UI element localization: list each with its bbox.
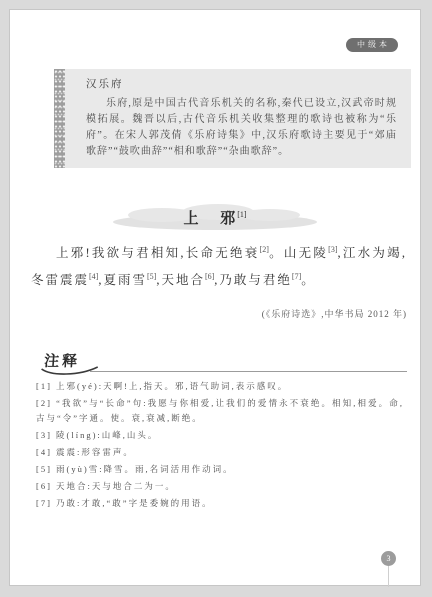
poem-title-block: 上 邪[1] [10,199,420,239]
intro-paragraph: 乐府,原是中国古代音乐机关的名称,秦代已设立,汉武帝时规模拓展。魏晋以后,古代音… [86,96,397,160]
ornament-strip [54,69,65,168]
intro-content: 汉乐府 乐府,原是中国古代音乐机关的名称,秦代已设立,汉武帝时规模拓展。魏晋以后… [65,69,411,168]
title-note-ref: [1] [237,210,246,219]
intro-heading: 汉乐府 [86,76,397,91]
poem-title: 上 邪[1] [183,207,246,228]
page-number-line [388,566,389,587]
level-badge: 中级本 [346,38,398,52]
intro-box: 汉乐府 乐府,原是中国古代音乐机关的名称,秦代已设立,汉武帝时规模拓展。魏晋以后… [54,69,411,168]
page-number-badge: 3 [381,551,396,566]
note-item: [2] “我欲”与“长命”句:我愿与你相爱,让我们的爱情永不衰绝。相知,相爱。命… [36,396,404,426]
notes-title: 注释 [39,350,91,376]
note-item: [5] 雨(yù)雪:降雪。雨,名词活用作动词。 [36,462,404,477]
note-item: [1] 上邪(yé):天啊!上,指天。邪,语气助词,表示感叹。 [36,379,404,394]
note-item: [4] 震震:形容雷声。 [36,445,404,460]
swoosh-ornament-icon [39,366,100,376]
poem-body: 上邪!我欲与君相知,长命无绝衰[2]。山无陵[3],江水为竭,冬雷震震[4],夏… [31,238,407,292]
page-sheet: 中级本 汉乐府 乐府,原是中国古代音乐机关的名称,秦代已设立,汉武帝时规模拓展。… [9,9,421,586]
source-line: (《乐府诗选》,中华书局 2012 年) [262,307,407,320]
note-item: [3] 陵(líng):山峰,山头。 [36,428,404,443]
poem-title-text: 上 邪 [183,211,244,227]
note-item: [6] 天地合:天与地合二为一。 [36,479,404,494]
notes-list: [1] 上邪(yé):天啊!上,指天。邪,语气助词,表示感叹。 [2] “我欲”… [36,379,404,513]
note-item: [7] 乃敢:才敢,“敢”字是委婉的用语。 [36,496,404,511]
notes-header: 注释 [40,350,407,376]
notes-rule-line [90,371,407,372]
